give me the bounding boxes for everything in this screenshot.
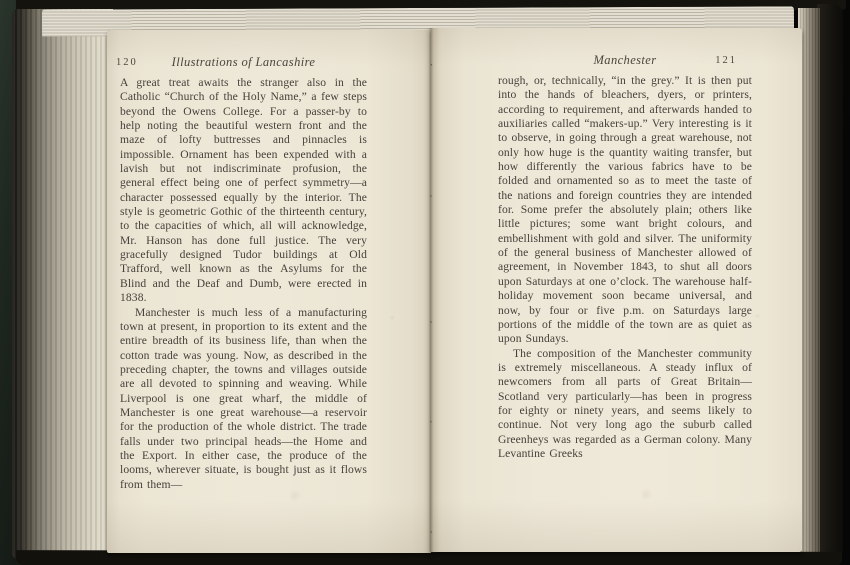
right-page: Manchester 121 rough, or, technically, “… [431,28,802,552]
left-page-header: 120 Illustrations of Lancashire [120,55,367,71]
right-running-title: Manchester [498,53,752,68]
right-page-number: 121 [715,55,737,66]
paragraph: Manchester is much less of a manufacturi… [120,306,367,492]
paragraph: A great treat awaits the stranger also i… [120,76,367,306]
left-page-edge-stack [12,9,113,558]
photo-backdrop: 120 Illustrations of Lancashire A great … [0,0,850,565]
left-page-number: 120 [116,57,138,68]
book-cover-right-board [817,4,843,560]
paragraph: The composition of the Manchester commun… [498,347,752,462]
left-page-body-text: A great treat awaits the stranger also i… [120,76,367,492]
paragraph: rough, or, technically, “in the grey.” I… [498,74,752,347]
left-running-title: Illustrations of Lancashire [120,55,367,70]
left-page: 120 Illustrations of Lancashire A great … [107,30,431,553]
right-page-header: Manchester 121 [498,53,752,69]
right-page-body-text: rough, or, technically, “in the grey.” I… [498,74,752,461]
book-gutter [423,28,439,553]
